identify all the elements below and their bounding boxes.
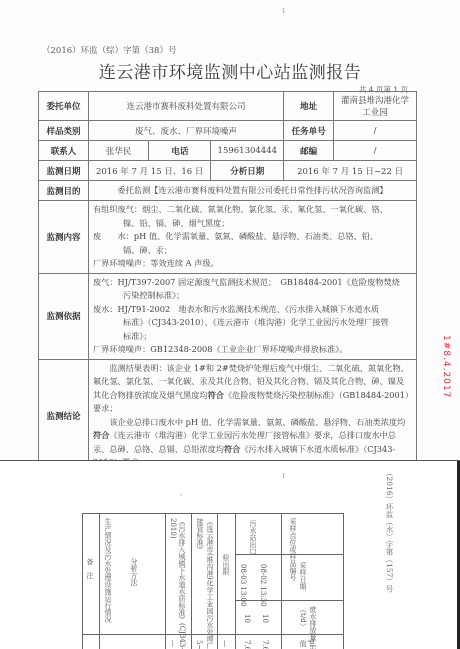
scan-speck: ɪ [282,6,285,15]
scan-speck: ˒ [180,491,182,500]
table-divider [235,514,236,649]
report-page-1: ɪ （2016）环监（综）字第（38）号 连云港市环境监测中心站监测报告 共 4… [0,0,460,460]
purpose-value: 委托监测【连云港市赛科废料处置有限公司委托日常性排污状况咨询监测】 [88,181,416,201]
red-handwritten-note: 1#8.4.2017 [441,335,451,398]
client-label: 委托单位 [39,92,89,121]
conclusion-paragraph-1: 监测结果表明：该企业 1#和 2#焚烧炉处理后废气中烟尘、二氧化硫、氮氧化物、氟… [93,362,412,416]
client-value: 连云港市赛科废料处置有限公司 [88,92,283,121]
sample-type-label: 样品类别 [39,121,89,141]
standard-2: 《污水排入城镇下水道水质标准》(CJ343-2010) [169,518,187,649]
address-label: 地址 [284,92,334,121]
dash: — [221,640,229,647]
monitor-date-value: 2016 年 7 月 15 日、16 日 [88,161,210,181]
phone-value: 15961304444 [211,141,284,161]
detection-limit-label: 检出限 [221,554,231,575]
table-divider [235,600,343,601]
sample-date: 08-03 13:00 [239,564,247,607]
header-ph: pH 值 [298,640,316,649]
ph-value: 7.6 [243,640,251,649]
basis-value: 废气：HJ/T397-2007 固定源废气监测技术规范； GB18484-200… [88,273,416,359]
sample-date: 08-02 13:30 [259,564,267,607]
monitor-date-label: 监测日期 [39,161,89,181]
scan-speck: ɪ [282,471,285,480]
conclusion-value: 监测结果表明：该企业 1#和 2#焚烧炉处理后废气中烟尘、二氧化硫、氮氧化物、氟… [88,359,416,472]
conclusion-label: 监测结论 [39,359,89,472]
basis-line: 标准》； [93,330,412,344]
conclusion-emphasis: 符合 [224,444,240,454]
basis-line: 标准》（CJ343-2010）、《连云港市（堆沟港）化学工业园污水处理厂接管 [93,316,412,330]
report-title: 连云港市环境监测中心站监测报告 [0,58,460,83]
content-line: 镍、铅、镉、砷、烟气黑度； [93,217,412,231]
basis-label: 监测依据 [39,273,89,359]
sample-type-value: 废气、废水、厂界环境噪声 [88,121,283,141]
basis-line: 污染控制标准》； [93,289,412,303]
content-line: 厂界环境噪声：等效连续 A 声级。 [93,257,412,271]
table-divider [217,514,218,649]
content-line: 有组织废气：烟尘、二氧化硫、氮氧化物、氯化氢、汞、氟化氢、一氧化碳、铬、 [93,203,412,217]
dash: — [169,640,177,647]
ph-value: 7.6 [261,640,269,649]
page2-document-number: （2016）环监（水）字第（157）号 [384,469,395,592]
production-note: 生产情况及污水处理设施运行情况 [103,518,113,623]
content-line: 镉、砷、汞； [93,244,412,258]
content-label: 监测内容 [39,201,89,274]
basis-line: 废水：HJ/T91-2002 地表水和污水监测技术规范、《污水排入城镇下水道水质 [93,303,412,317]
row-sample-type: 样品类别 废气、废水、厂界环境噪声 任务单号 / [39,121,417,141]
row-purpose: 监测目的 委托监测【连云港市赛科废料处置有限公司委托日常性排污状况咨询监测】 [39,181,417,201]
row-client: 委托单位 连云港市赛科废料处置有限公司 地址 灌南县堆沟港化学工业园 [39,92,417,121]
analysis-date-value: 2016 年 7 月 15 日~22 日 [284,161,417,181]
purpose-label: 监测目的 [39,181,89,201]
task-no-label: 任务单号 [284,121,334,141]
header-sampling-date: 采样日期 [298,562,308,590]
conclusion-emphasis: 符合 [208,390,224,400]
row-content: 监测内容 有组织废气：烟尘、二氧化硫、氮氧化物、氯化氢、汞、氟化氢、一氧化碳、铬… [39,201,417,274]
standard-range: 5~ [195,640,203,649]
content-value: 有组织废气：烟尘、二氧化硫、氮氧化物、氯化氢、汞、氟化氢、一氧化碳、铬、 镍、铅… [88,201,416,274]
postcode-value: / [334,141,417,161]
rotated-results-table: 备 注 生产情况及污水处理设施运行情况 分析方法 《污水排入城镇下水道水质标准》… [82,513,344,649]
task-no-value: / [334,121,417,141]
content-line: 废 水：pH 值、化学需氧量、氨氮、磷酸盐、悬浮物、石油类、总铬、铅、 [93,230,412,244]
site-name: 污水站出口 [248,520,258,555]
conclusion-text: 该企业总排口废水中 pH 值、化学需氧量、氨氮、磷酸盐、悬浮物、石油类浓度均 [109,417,405,427]
discharge-value: 10 [261,614,269,623]
basis-line: 废气：HJ/T397-2007 固定源废气监测技术规范； GB18484-200… [93,276,412,290]
standard-1: 《连云港市(堆沟港)化学工业园污水处理厂接管标准》 [195,518,215,649]
table-divider [99,514,100,649]
report-page-2-rotated: ɪ ˒ （2016）环监（水）字第（157）号 备 注 生产情况及污水处理设施运… [0,460,460,649]
conclusion-emphasis: 符合 [93,430,109,440]
phone-label: 电话 [149,141,211,161]
discharge-value: 10 [243,614,251,623]
analysis-date-label: 分析日期 [211,161,284,181]
contact-label: 联系人 [39,141,89,161]
row-conclusion: 监测结论 监测结果表明：该企业 1#和 2#焚烧炉处理后废气中烟尘、二氧化硫、氮… [39,359,417,472]
analysis-method-label: 分析方法 [129,558,139,586]
table-divider [191,514,192,649]
header-sampling-point: 采样点位或样品编号 [288,518,298,581]
row-contact: 联系人 张华民 电话 15961304444 邮编 / [39,141,417,161]
remarks-label: 备 注 [85,558,95,579]
basis-line: 厂界环境噪声：GB12348-2008《工业企业厂界环境噪声排放标准》。 [93,343,412,357]
document-number: （2016）环监（综）字第（38）号 [42,44,176,56]
address-value: 灌南县堆沟港化学工业园 [334,92,417,121]
report-info-table: 委托单位 连云港市赛科废料处置有限公司 地址 灌南县堆沟港化学工业园 样品类别 … [38,91,417,473]
table-divider [165,514,166,649]
row-dates: 监测日期 2016 年 7 月 15 日、16 日 分析日期 2016 年 7 … [39,161,417,181]
postcode-label: 邮编 [284,141,334,161]
row-basis: 监测依据 废气：HJ/T397-2007 固定源废气监测技术规范； GB1848… [39,273,417,359]
table-divider [281,514,282,649]
contact-value: 张华民 [88,141,148,161]
